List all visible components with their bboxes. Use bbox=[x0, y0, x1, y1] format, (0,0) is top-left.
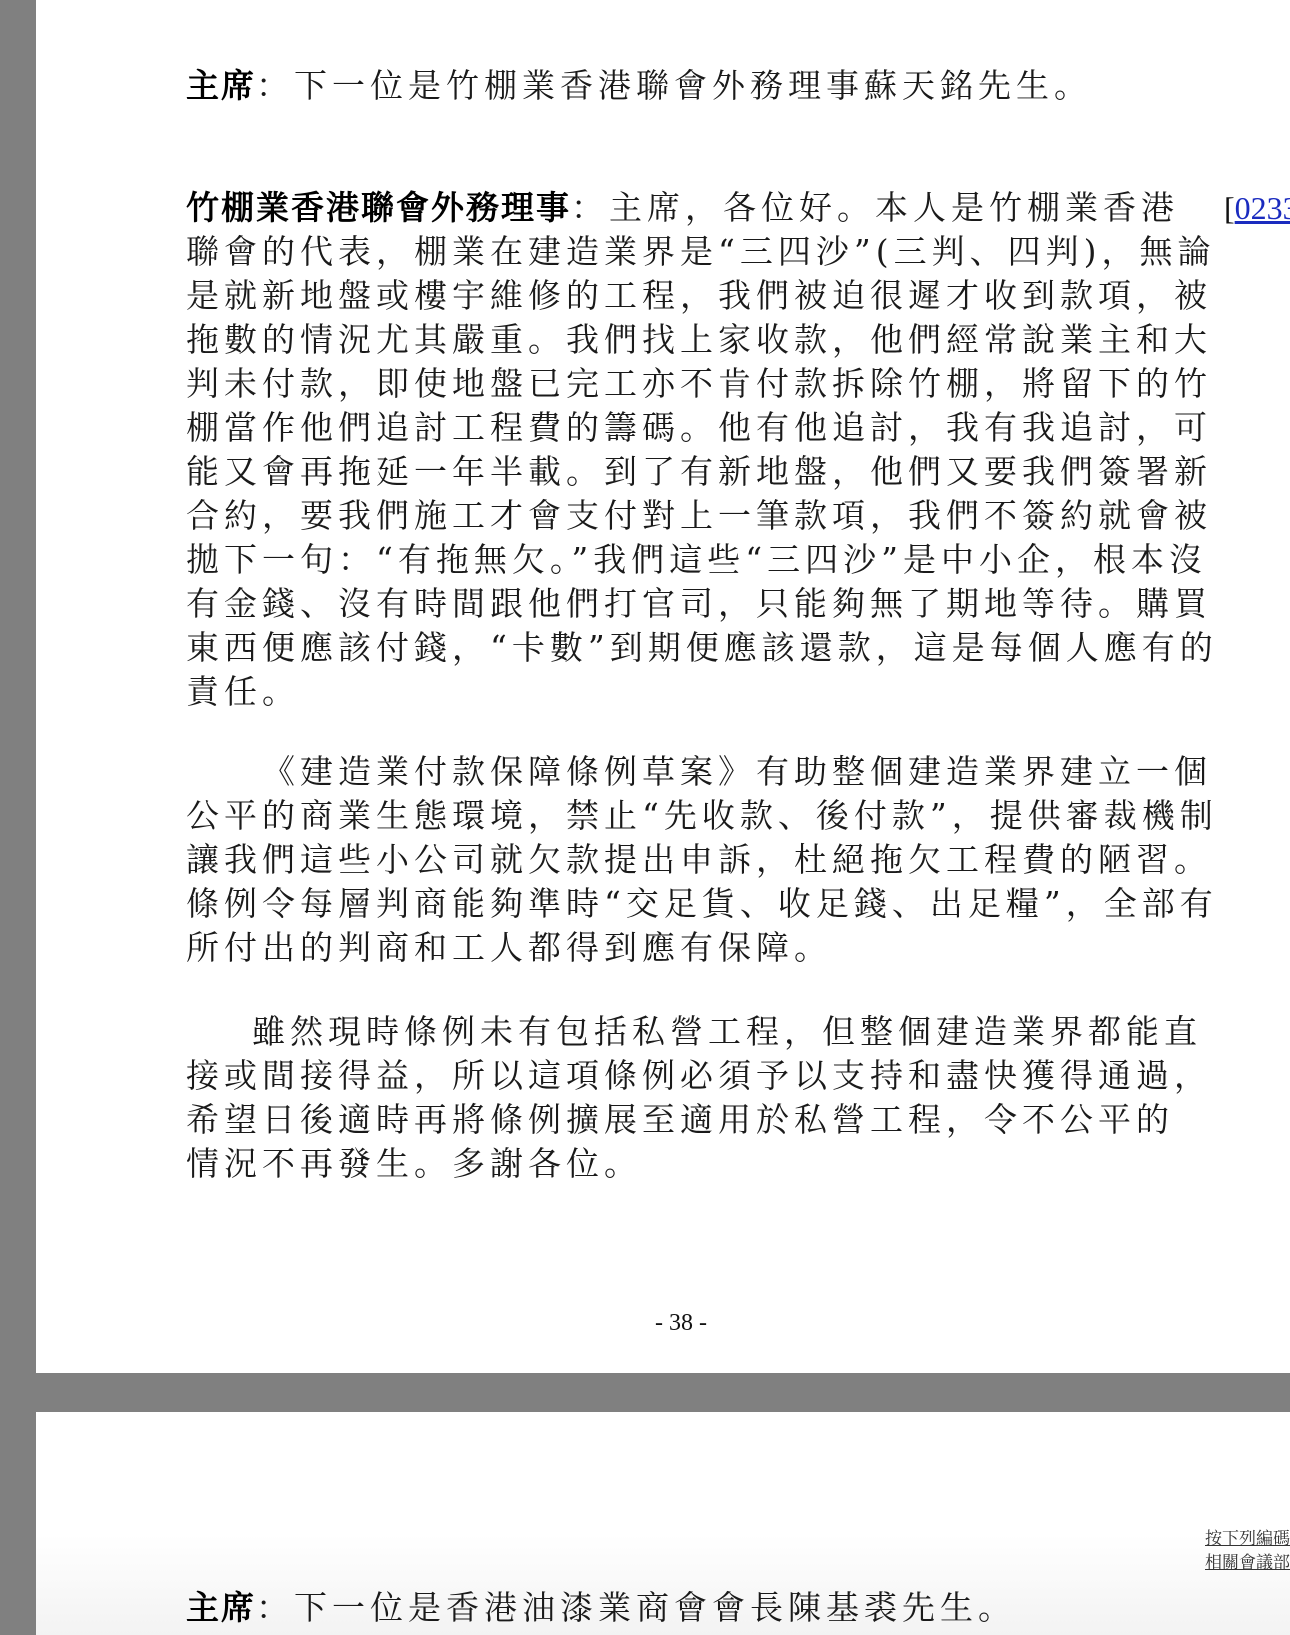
text-line: 拋下一句：“有拖無欠。”我們這些“三四沙”是中小企，根本沒 bbox=[186, 538, 1207, 582]
text-line: 讓我們這些小公司就欠款提出申訴，杜絕拖欠工程費的陋習。 bbox=[186, 838, 1212, 882]
speech-first-line: 竹棚業香港聯會外務理事：主席，各位好。本人是竹棚業香港 bbox=[186, 186, 1179, 230]
side-note-link[interactable]: 按下列編碼 bbox=[1205, 1524, 1290, 1549]
text-line: 東西便應該付錢，“卡數”到期便應該還款，這是每個人應有的 bbox=[186, 626, 1218, 670]
text-line: 判未付款，即使地盤已完工亦不肯付款拆除竹棚，將留下的竹 bbox=[186, 362, 1212, 406]
text-line: 情況不再發生。多謝各位。 bbox=[186, 1142, 642, 1186]
text-line: 棚當作他們追討工程費的籌碼。他有他追討，我有我追討，可 bbox=[186, 406, 1212, 450]
side-note-link-2[interactable]: 相關會議部 bbox=[1205, 1548, 1290, 1573]
text-line: 公平的商業生態環境，禁止“先收款、後付款”，提供審裁機制 bbox=[186, 794, 1218, 838]
timecode-link[interactable]: 02335 bbox=[1235, 190, 1290, 226]
text-line: 接或間接得益，所以這項條例必須予以支持和盡快獲得通過， bbox=[186, 1054, 1212, 1098]
text-line: 雖然現時條例未有包括私營工程，但整個建造業界都能直 bbox=[252, 1010, 1202, 1054]
timecode-reference: [02335 bbox=[1224, 190, 1290, 227]
text-line: 拖數的情況尤其嚴重。我們找上家收款，他們經常說業主和大 bbox=[186, 318, 1212, 362]
text-line: 合約，要我們施工才會支付對上一筆款項，我們不簽約就會被 bbox=[186, 494, 1212, 538]
page-number: - 38 - bbox=[36, 1310, 1290, 1337]
text-line: 責任。 bbox=[186, 670, 300, 714]
speaker-label: 竹棚業香港聯會外務理事 bbox=[186, 188, 571, 227]
document-page-38: 主席：下一位是竹棚業香港聯會外務理事蘇天銘先生。 竹棚業香港聯會外務理事：主席，… bbox=[36, 0, 1290, 1373]
chair-intro-text: 下一位是香港油漆業商會會長陳基裘先生。 bbox=[294, 1588, 1016, 1627]
speaker-label: 主席 bbox=[186, 66, 256, 105]
chair-intro-line: 主席：下一位是香港油漆業商會會長陳基裘先生。 bbox=[186, 1586, 1016, 1630]
text-line: 是就新地盤或樓宇維修的工程，我們被迫很遲才收到款項，被 bbox=[186, 274, 1212, 318]
document-page-39: 按下列編碼 相關會議部 主席：下一位是香港油漆業商會會長陳基裘先生。 bbox=[36, 1412, 1290, 1635]
text-line: 條例令每層判商能夠準時“交足貨、收足錢、出足糧”，全部有 bbox=[186, 882, 1218, 926]
chair-intro-text: 下一位是竹棚業香港聯會外務理事蘇天銘先生。 bbox=[294, 66, 1092, 105]
text-line: 希望日後適時再將條例擴展至適用於私營工程，令不公平的 bbox=[186, 1098, 1174, 1142]
text-line: 《建造業付款保障條例草案》有助整個建造業界建立一個 bbox=[262, 750, 1212, 794]
text-line: 能又會再拖延一年半載。到了有新地盤，他們又要我們簽署新 bbox=[186, 450, 1212, 494]
text-line: 所付出的判商和工人都得到應有保障。 bbox=[186, 926, 832, 970]
chair-intro-line: 主席：下一位是竹棚業香港聯會外務理事蘇天銘先生。 bbox=[186, 64, 1092, 108]
speaker-label: 主席 bbox=[186, 1588, 256, 1627]
text-line: 聯會的代表，棚業在建造業界是“三四沙”(三判、四判)，無論 bbox=[186, 230, 1216, 274]
text-line: 有金錢、沒有時間跟他們打官司，只能夠無了期地等待。購買 bbox=[186, 582, 1212, 626]
